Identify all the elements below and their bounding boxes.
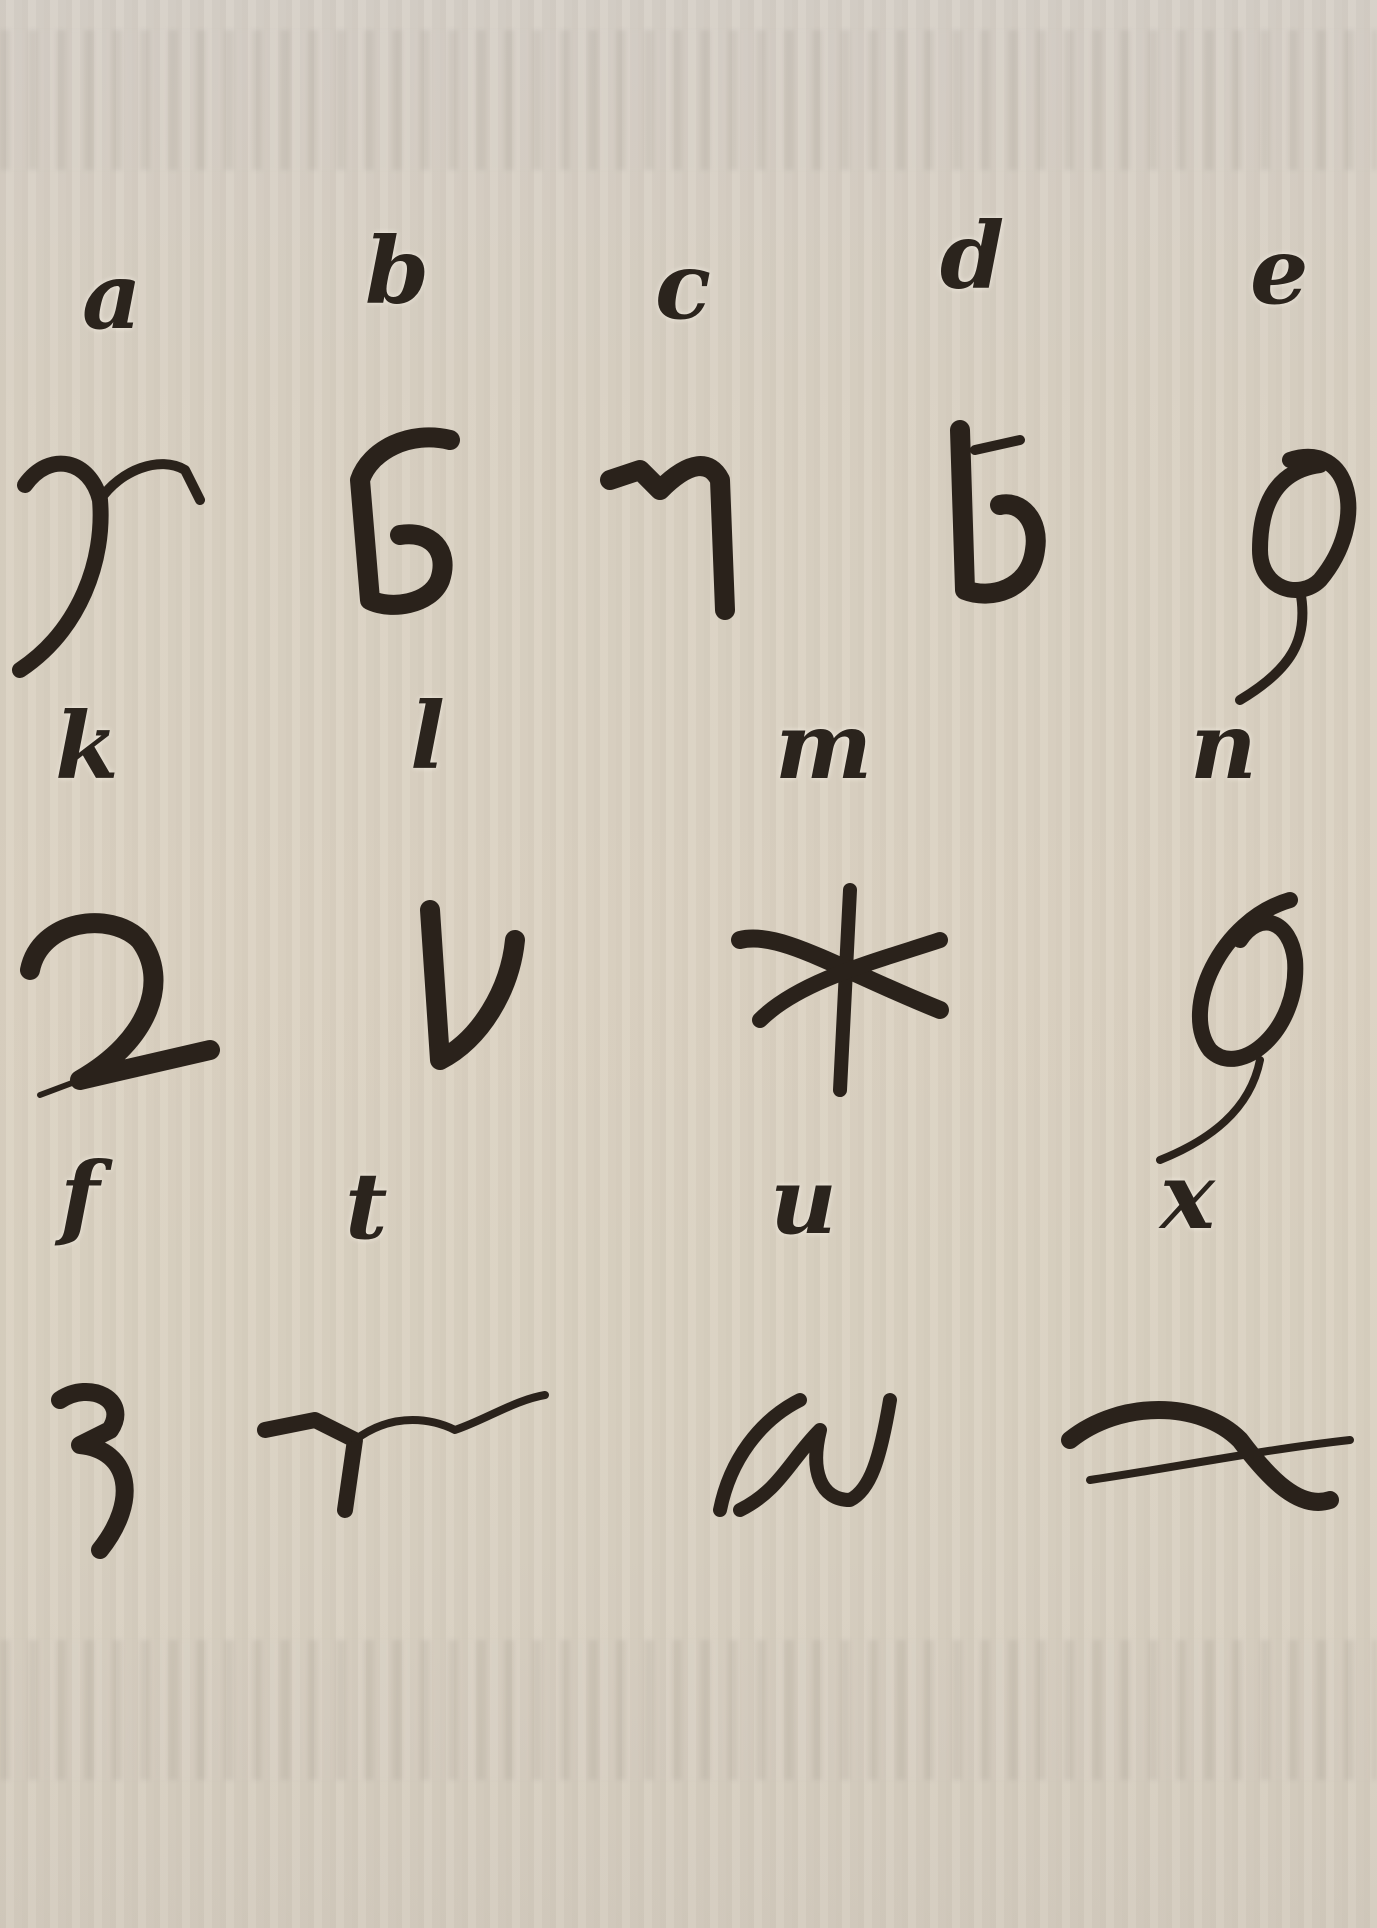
cipher-glyph-b-icon (330, 420, 490, 620)
latin-letter-k: k (55, 700, 119, 792)
cipher-glyph-x-icon (1060, 1380, 1360, 1530)
latin-letter-m: m (775, 700, 872, 792)
latin-letter-a: a (82, 250, 142, 342)
cipher-glyph-k-icon (10, 900, 220, 1100)
latin-letter-t: t (345, 1160, 388, 1252)
cipher-glyph-f-icon (40, 1380, 150, 1560)
latin-letter-x: x (1160, 1150, 1215, 1242)
cipher-glyph-u-icon (700, 1380, 900, 1530)
bleed-through-text-top (0, 30, 1377, 170)
cipher-glyph-l-icon (410, 890, 540, 1080)
latin-letter-d: d (940, 210, 1004, 302)
cipher-glyph-d-icon (930, 420, 1070, 610)
cipher-glyph-c-icon (600, 440, 760, 620)
cipher-glyph-a-icon (10, 440, 210, 680)
latin-letter-e: e (1250, 225, 1309, 317)
cipher-glyph-t-icon (255, 1370, 555, 1530)
latin-letter-u: u (770, 1155, 837, 1247)
latin-letter-b: b (365, 225, 429, 317)
cipher-glyph-m-icon (720, 880, 960, 1100)
cipher-glyph-e-icon (1210, 440, 1370, 720)
latin-letter-f: f (60, 1150, 100, 1242)
cipher-glyph-n-icon (1150, 880, 1330, 1170)
latin-letter-n: n (1190, 700, 1257, 792)
bleed-through-text-bottom (0, 1640, 1377, 1780)
latin-letter-l: l (410, 690, 445, 782)
latin-letter-c: c (655, 240, 711, 332)
